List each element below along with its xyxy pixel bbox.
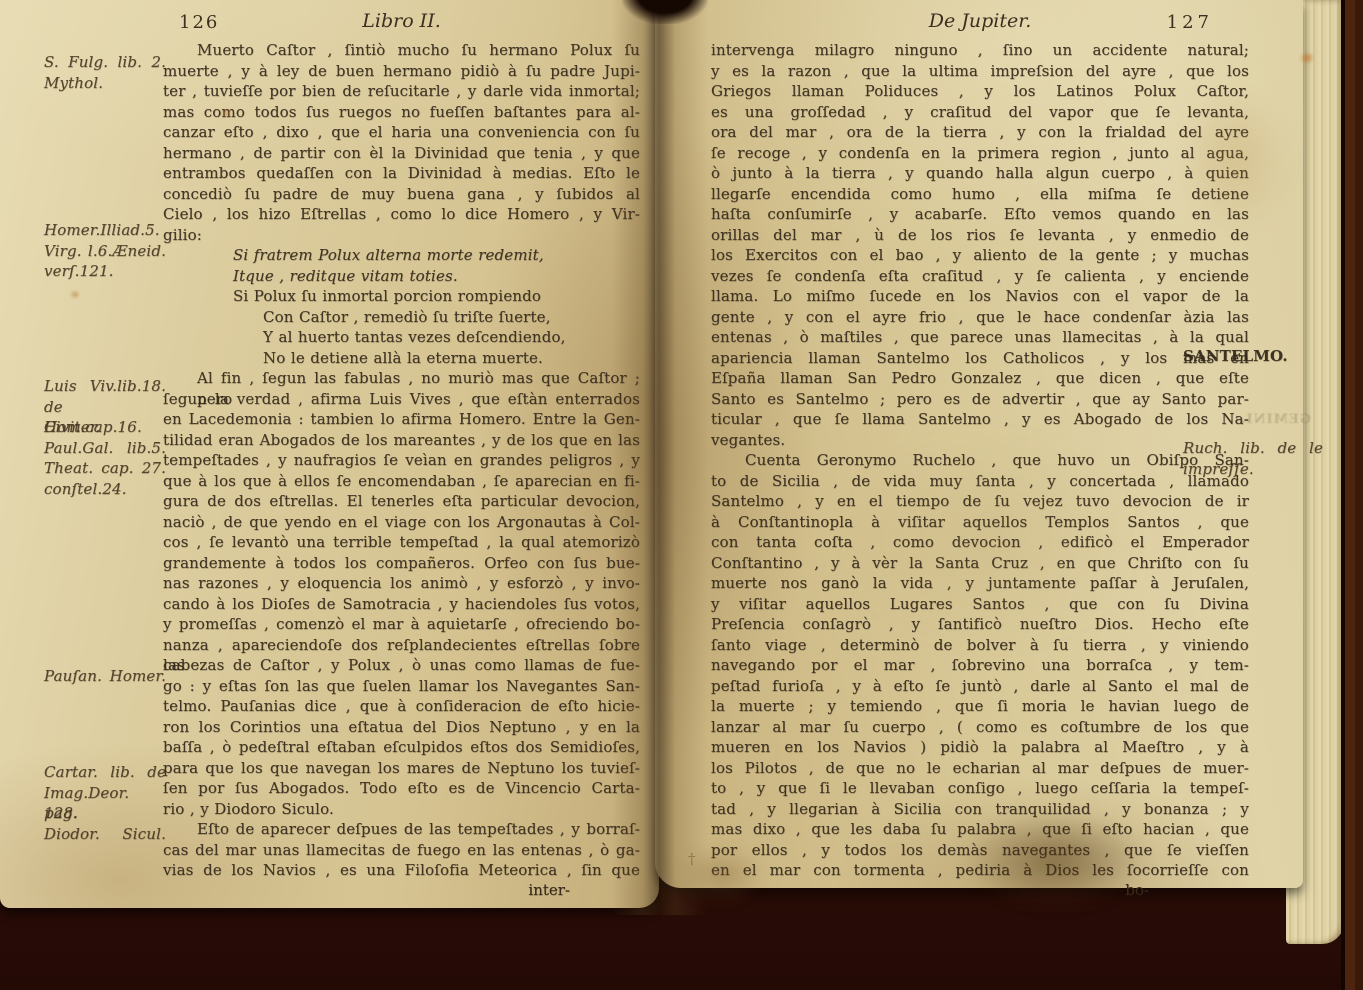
text-line: Eſto de aparecer deſpues de las tempeſta… (163, 819, 640, 840)
text-line: por ellos , y todos los demàs navegantes… (711, 840, 1249, 861)
text-line: vezes ſe condenſa eſta craſitud , y ſe c… (711, 266, 1249, 287)
book-scan: S. Fulg. lib. 2.Mythol. Homer.Illiad.5.V… (0, 0, 1363, 990)
text-line: y promeſſas , comenzò el mar à aquietarſ… (163, 614, 640, 635)
text-line: hermano , de partir con èl la Divinidad … (163, 143, 640, 164)
text-line: impreſſe. (1183, 459, 1323, 480)
text-line: gente , y con el ayre frio , que le hace… (711, 307, 1249, 328)
left-catchword: inter- (163, 881, 640, 902)
text-line: mueren en los Navios ) pidiò la palabra … (711, 737, 1249, 758)
text-line: Cartar. lib. de (44, 762, 166, 783)
text-line: ſanto viage , determinò de bolver à ſu t… (711, 635, 1249, 656)
margin-note-cartari: Cartar. lib. deImag.Deor. pag.128.Diodor… (44, 762, 166, 844)
text-line: ticular , que ſe llama Santelmo , y es A… (711, 409, 1249, 430)
text-line: naciò , de que yendo en el viage con los… (163, 512, 640, 533)
text-line: y es la razon , que la ultima impreſsion… (711, 61, 1249, 82)
book-cover-edge (1341, 0, 1363, 990)
right-page-number: 127 (1167, 12, 1213, 33)
text-line: go : y eſtas ſon las que ſuelen llamar l… (163, 676, 640, 697)
text-line: orillas del mar , ù de los rios ſe levan… (711, 225, 1249, 246)
margin-note-santelmo: SANTELMO. (1183, 346, 1323, 367)
text-line: muerte nos ganò la vida , y juntamente p… (711, 573, 1249, 594)
text-line: mas dixo , que les daba ſu palabra , que… (711, 819, 1249, 840)
text-line: ò junto à la tierra , y quando halla alg… (711, 163, 1249, 184)
text-line: lanzar al mar ſu cuerpo , ( como es coſt… (711, 717, 1249, 738)
paragraph-geronymo-ruchelo: Cuenta Geronymo Ruchelo , que huvo un Ob… (711, 450, 1249, 881)
margin-note-fulgentius: S. Fulg. lib. 2.Mythol. (44, 52, 166, 93)
text-line: Pauſan. Homer. (44, 666, 166, 687)
text-line: peſtad furioſa , y à eſto ſe juntò , dar… (711, 676, 1249, 697)
paragraph-castor-death: Muerto Caſtor , ſintiò mucho ſu hermano … (163, 40, 640, 245)
text-line: mas como todos ſus ruegos no fueſſen baſ… (163, 102, 640, 123)
text-line: entrambos quedaſſen con la Divinidad à m… (163, 163, 640, 184)
text-line: en Lacedemonia : tambien lo afirma Homer… (163, 409, 640, 430)
text-line: verſ.121. (44, 261, 166, 282)
text-line: en el mar con tormenta , pediria à Dios … (711, 860, 1249, 881)
text-line: para que los que navegan los mares de Ne… (163, 758, 640, 779)
text-line: baſſa , ò pedeſtral eſtaban eſculpidos e… (163, 737, 640, 758)
text-line: Si fratrem Polux alterna morte redemit, (163, 245, 640, 266)
text-line: conſtel.24. (44, 479, 166, 500)
text-line: Eſpaña llaman San Pedro Gonzalez , que d… (711, 368, 1249, 389)
text-line: vegantes. (711, 430, 1249, 451)
text-line: Diodor. Sicul. (44, 824, 166, 845)
text-line: nanza , apareciendoſe dos reſplandecient… (163, 635, 640, 656)
text-line: ſegun la verdad , afirma Luis Vives , qu… (163, 389, 640, 410)
text-line: apariencia llaman Santelmo los Catholico… (711, 348, 1249, 369)
text-line: Cuenta Geronymo Ruchelo , que huvo un Ob… (711, 450, 1249, 471)
text-line: es una groſſedad , y craſitud del vapor … (711, 102, 1249, 123)
signature-mark: † (688, 850, 696, 868)
text-line: ora del mar , ora de la tierra , y con l… (711, 122, 1249, 143)
text-line: Ruch. lib. de le (1183, 438, 1323, 459)
text-line: to , y que ſi le llevaban conſigo , lueg… (711, 778, 1249, 799)
text-line: de Civit.cap.16. (44, 397, 166, 418)
left-running-title: Libro II. (163, 10, 640, 32)
text-line: Itque , reditque vitam toties. (163, 266, 640, 287)
text-line: Mythol. (44, 73, 166, 94)
text-line: Conſtantino , y à vèr la Santa Cruz , en… (711, 553, 1249, 574)
text-line: cabezas de Caſtor , y Polux , ò unas com… (163, 655, 640, 676)
text-line: entenas , ò maſtiles , que parece unas l… (711, 327, 1249, 348)
right-text-block: De Jupiter. 127 intervenga milagro ningu… (711, 10, 1249, 902)
text-line: Santelmo , y en el tiempo de ſu vejez tu… (711, 491, 1249, 512)
text-line: Con Caſtor , remediò ſu triſte ſuerte, (163, 307, 640, 328)
text-line: los Exercitos con el bao , y aliento de … (711, 245, 1249, 266)
text-line: la muerte ; y temiendo , que ſi moria le… (711, 696, 1249, 717)
text-line: Preſencia conſagrò , y ſantificò nueſtro… (711, 614, 1249, 635)
text-line: muerte , y à ley de buen hermano pidiò à… (163, 61, 640, 82)
text-line: Santo es Santelmo ; pero es de advertir … (711, 389, 1249, 410)
text-line: haſta conſumirſe , y acabarſe. Eſto vemo… (711, 204, 1249, 225)
bleedthrough-gemini-text: GEMINI. (1191, 412, 1311, 427)
text-line: 128. (44, 803, 166, 824)
text-line: ron los Corintios una eſtatua del Dios N… (163, 717, 640, 738)
right-catchword: bo- (711, 881, 1249, 902)
text-line: Luis Viv.lib.18. (44, 376, 166, 397)
text-line: Muerto Caſtor , ſintiò mucho ſu hermano … (163, 40, 640, 61)
text-line: Theat. cap. 27. (44, 458, 166, 479)
text-line: S. Fulg. lib. 2. (44, 52, 166, 73)
text-line: con tanta coſta , como devocion , edific… (711, 532, 1249, 553)
text-line: vias de los Navios , es una Filoſofia Me… (163, 860, 640, 881)
paragraph-al-fin: Al fin , ſegun las fabulas , no muriò ma… (163, 368, 640, 819)
text-line: los Pilotos , de que no le echarian al m… (711, 758, 1249, 779)
text-line: navegando por el mar , ſobrevino una bor… (711, 655, 1249, 676)
left-page-header: 126 Libro II. (163, 10, 640, 40)
text-line: to de Sicilia , de vida muy ſanta , y co… (711, 471, 1249, 492)
text-line: cos , ſe levantò una terrible tempeſtad … (163, 532, 640, 553)
margin-note-homer-virgil: Homer.Illiad.5.Virg. l.6.Æneid.verſ.121. (44, 220, 166, 282)
right-page-header: De Jupiter. 127 (711, 10, 1249, 40)
text-line: ter , tuvieſſe por bien de reſucitarle ,… (163, 81, 640, 102)
text-line: tempeſtades , y naufragios ſe veìan en g… (163, 450, 640, 471)
verse-quotation: Si fratrem Polux alterna morte redemit,I… (163, 245, 640, 368)
text-line: canzar eſto , dixo , que el haria una co… (163, 122, 640, 143)
text-line: cas del mar unas llamecitas de fuego en … (163, 840, 640, 861)
text-line: ſe recoge , y condenſa en la primera reg… (711, 143, 1249, 164)
text-line: ſen por ſus Abogados. Todo eſto es de Vi… (163, 778, 640, 799)
text-line: gura de dos eſtrellas. El tenerles eſta … (163, 491, 640, 512)
margin-note-luis-vives: Luis Viv.lib.18.de Civit.cap.16.Homer.Pa… (44, 376, 166, 499)
text-line: Homer. (44, 417, 166, 438)
text-line: gilio: (163, 225, 640, 246)
spine-dark-wedge (622, 0, 708, 24)
text-line: Virg. l.6.Æneid. (44, 241, 166, 262)
text-line: à Conſtantinopla à viſitar aquellos Temp… (711, 512, 1249, 533)
text-line: Griegos llaman Poliduces , y los Latinos… (711, 81, 1249, 102)
text-line: grandemente à todos los compañeros. Orfe… (163, 553, 640, 574)
text-line: tad , y llegarian à Sicilia con tranquil… (711, 799, 1249, 820)
text-line: intervenga milagro ninguno , ſino un acc… (711, 40, 1249, 61)
text-line: concediò ſu padre de muy buena gana , y … (163, 184, 640, 205)
text-line: cando à los Dioſes de Samotracia , y hac… (163, 594, 640, 615)
text-line: rio , y Diodoro Siculo. (163, 799, 640, 820)
text-line: Y al huerto tantas vezes deſcendiendo, (163, 327, 640, 348)
page-left-126: S. Fulg. lib. 2.Mythol. Homer.Illiad.5.V… (0, 0, 659, 908)
text-line: llama. Lo miſmo ſucede en los Navios con… (711, 286, 1249, 307)
text-line: Imag.Deor. pag. (44, 783, 166, 804)
text-line: No le detiene allà la eterna muerte. (163, 348, 640, 369)
paragraph-esto-de-aparecer: Eſto de aparecer deſpues de las tempeſta… (163, 819, 640, 881)
text-line: Si Polux ſu inmortal porcion rompiendo (163, 286, 640, 307)
text-line: SANTELMO. (1183, 346, 1323, 367)
text-line: Al fin , ſegun las fabulas , no muriò ma… (163, 368, 640, 389)
margin-note-ruchelo: Ruch. lib. de leimpreſſe. (1183, 438, 1323, 479)
text-line: Homer.Illiad.5. (44, 220, 166, 241)
page-right-127: De Jupiter. 127 intervenga milagro ningu… (655, 0, 1303, 888)
text-line: tilidad eran Abogados de los mareantes ,… (163, 430, 640, 451)
text-line: Paul.Gal. lib.5. (44, 438, 166, 459)
text-line: nas razones , y eloquencia los animò , y… (163, 573, 640, 594)
text-line: llegarſe encendida como humo , ella miſm… (711, 184, 1249, 205)
text-line: telmo. Pauſanias dice , que à conſiderac… (163, 696, 640, 717)
paragraph-natural-accident: intervenga milagro ninguno , ſino un acc… (711, 40, 1249, 450)
text-line: y viſitar aquellos Lugares Santos , que … (711, 594, 1249, 615)
margin-note-pausanias: Pauſan. Homer. (44, 666, 166, 687)
text-line: que à los que à ellos ſe encomendaban , … (163, 471, 640, 492)
text-line: Cielo , los hizo Eſtrellas , como lo dic… (163, 204, 640, 225)
left-text-block: 126 Libro II. Muerto Caſtor , ſintiò muc… (163, 10, 640, 902)
